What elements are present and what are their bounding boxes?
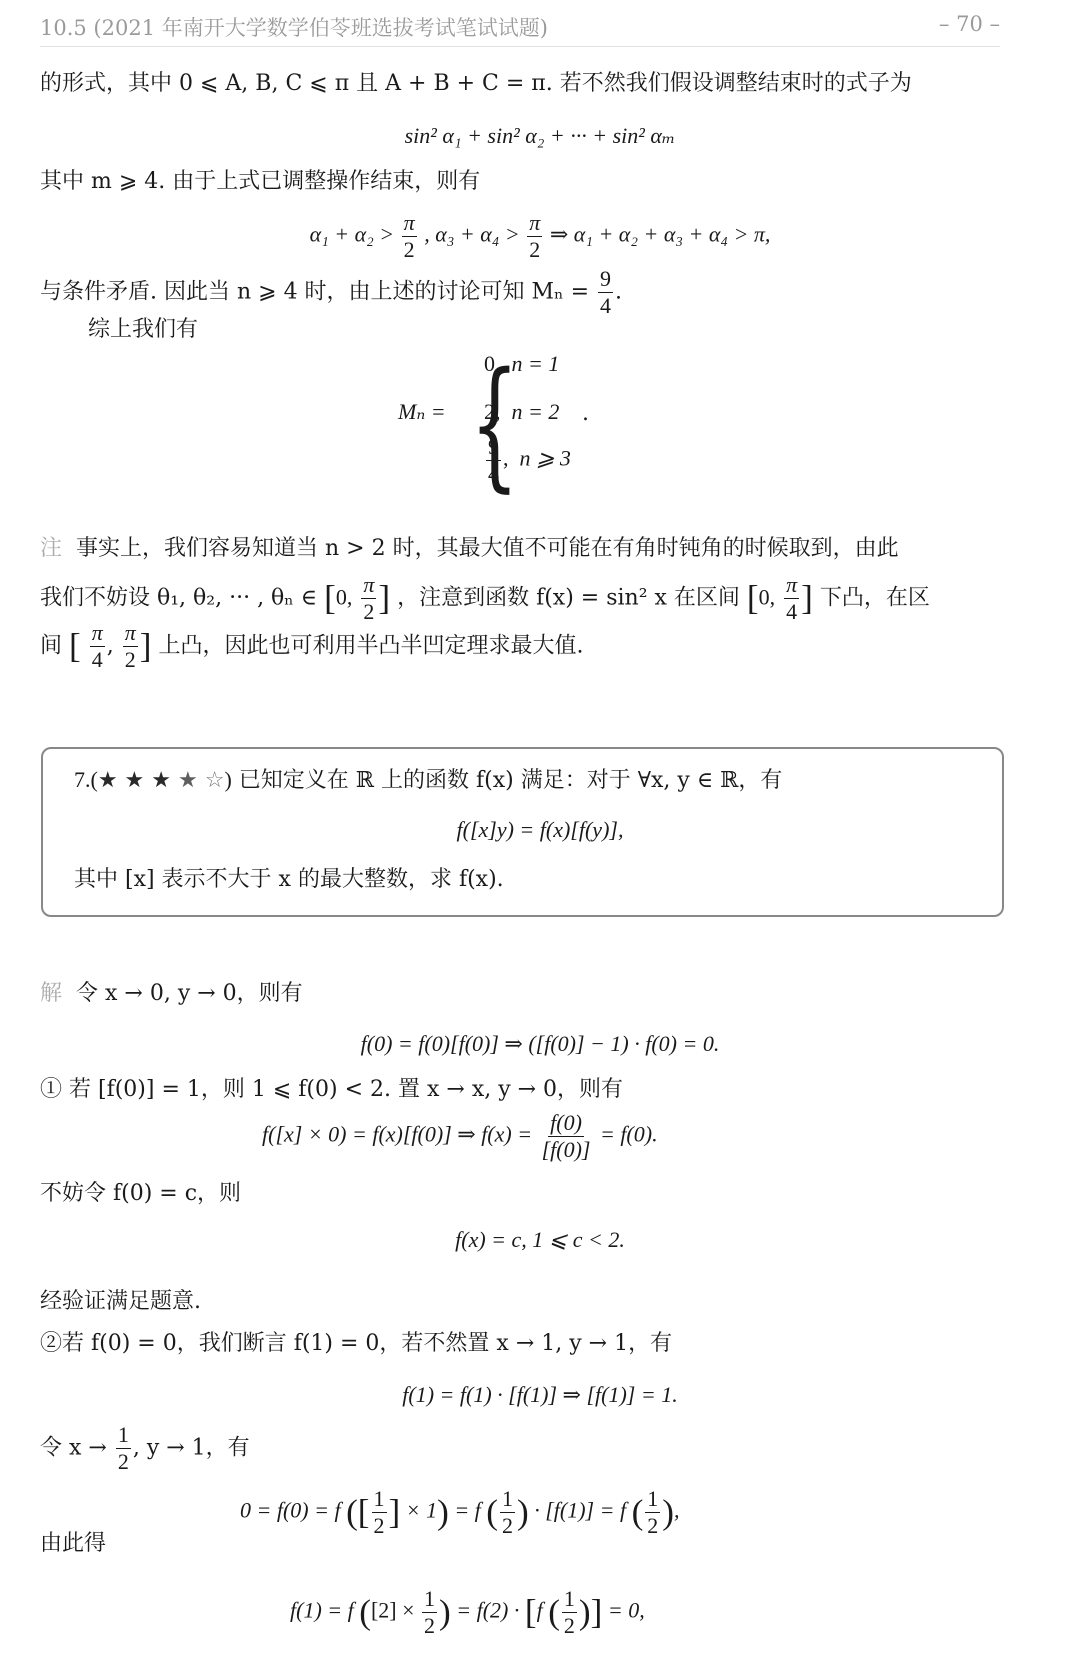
eq2-left: α₁ + α₂ > [310, 222, 395, 247]
problem-statement: 已知定义在 ℝ 上的函数 f(x) 满足：对于 ∀x, y ∈ ℝ，有 [239, 768, 783, 793]
fraction-1-over-2: 12 [500, 1488, 515, 1537]
solution-line-let-half: 令 x → 12, y → 1，有 [40, 1424, 250, 1473]
denominator: 4 [598, 293, 613, 317]
eq2-mid: , α₃ + α₄ > [424, 222, 520, 247]
eq-part: × 1 [406, 1498, 437, 1523]
case-value: 2, [484, 399, 501, 424]
denominator: 2 [361, 599, 376, 623]
eq-part: = f(2) · [456, 1598, 519, 1623]
denominator: 2 [500, 1513, 515, 1537]
denominator: 2 [422, 1613, 437, 1637]
fraction-9-over-4: 94 [486, 436, 501, 485]
denominator: 2 [527, 237, 542, 261]
numerator: 9 [486, 436, 501, 461]
numerator: π [402, 212, 417, 237]
case-row-3: 94, n ⩾ 3 [484, 436, 571, 485]
numerator: 1 [372, 1488, 387, 1513]
eq-part: = 0, [608, 1598, 645, 1623]
denominator: 2 [116, 1449, 131, 1473]
fraction-pi-over-4: π4 [784, 574, 799, 623]
paragraph-4: 综上我们有 [88, 316, 198, 344]
note-text: 间 [40, 634, 62, 659]
numerator: π [123, 622, 138, 647]
problem-number: 7.( [74, 767, 98, 792]
eq-part: f(1) = f [290, 1598, 354, 1623]
numerator: 9 [598, 268, 613, 293]
numerator: f(0) [548, 1112, 584, 1137]
solution-text: 令 x → 0, y → 0，则有 [76, 981, 303, 1006]
star-rating-filled-icon: ★ ★ ★ [98, 768, 171, 793]
solution-case-1: ① 若 [f(0)] = 1，则 1 ⩽ f(0) < 2. 置 x → x, … [40, 1076, 623, 1104]
problem-equation: f([x]y) = f(x)[f(y)], [0, 816, 1080, 844]
denominator: 4 [784, 599, 799, 623]
equation-alpha-inequality: α₁ + α₂ > π2 , α₃ + α₄ > π2 ⇒ α₁ + α₂ + … [0, 212, 1080, 261]
eq-part: f([x] × 0) = f(x)[f(0)] ⇒ f(x) = [262, 1122, 532, 1147]
solution-eq-3: f(x) = c, 1 ⩽ c < 2. [0, 1226, 1080, 1254]
interval-left: 0, [336, 585, 353, 610]
numerator: 1 [116, 1424, 131, 1449]
note-text: 上凸，因此也可利用半凸半凹定理求最大值. [159, 634, 584, 659]
denominator: 4 [486, 461, 501, 485]
running-header: 10.5 (2021 年南开大学数学伯苓班选拔考试笔试试题) [40, 12, 548, 42]
case-row-1: 0, n = 1 [484, 350, 559, 378]
numerator: 1 [562, 1588, 577, 1613]
fraction-9-over-4: 94 [598, 268, 613, 317]
case-condition: n = 1 [512, 351, 560, 376]
numerator: π [90, 622, 105, 647]
fraction-1-over-2: 12 [645, 1488, 660, 1537]
header-rule [40, 46, 1000, 47]
paragraph-1: 的形式，其中 0 ⩽ A, B, C ⩽ π 且 A + B + C = π. … [40, 70, 912, 98]
numerator: 1 [645, 1488, 660, 1513]
numerator: π [784, 574, 799, 599]
solution-line-hence: 由此得 [40, 1530, 106, 1558]
note-label: 注 [40, 536, 62, 561]
fraction-pi-over-2: π2 [123, 622, 138, 671]
solution-eq-2: f([x] × 0) = f(x)[f(0)] ⇒ f(x) = f(0)[f(… [262, 1112, 658, 1161]
star-rating-empty-icon: ☆ [205, 768, 225, 793]
equation-sum-sin: sin² α₁ + sin² α₂ + ··· + sin² αₘ [0, 122, 1080, 150]
solution-label: 解 [40, 981, 62, 1006]
note-text: ，注意到函数 f(x) = sin² x 在区间 [397, 586, 740, 611]
case-condition: n ⩾ 3 [520, 446, 571, 471]
solution-line-1: 解 令 x → 0, y → 0，则有 [40, 980, 303, 1008]
cases-lhs: Mₙ = [398, 398, 446, 426]
problem-line-1: 7.(★ ★ ★ ★ ☆) 已知定义在 ℝ 上的函数 f(x) 满足：对于 ∀x… [74, 766, 782, 795]
numerator: 1 [422, 1588, 437, 1613]
page-number: – 70 – [939, 12, 1000, 36]
star-rating-half-icon: ★ [178, 768, 198, 793]
note-text: 下凸，在区 [820, 586, 930, 611]
problem-number-close: ) [224, 767, 231, 792]
solution-line-let-c: 不妨令 f(0) = c，则 [40, 1180, 241, 1208]
eq-part: = f [454, 1498, 480, 1523]
eq-part: f [537, 1598, 543, 1623]
denominator: 2 [372, 1513, 387, 1537]
fraction-1-over-2: 12 [562, 1588, 577, 1637]
fraction-pi-over-2: π2 [361, 574, 376, 623]
cases-period: . [582, 400, 589, 428]
paragraph-3: 与条件矛盾. 因此当 n ⩾ 4 时，由上述的讨论可知 Mₙ = 94. [40, 268, 622, 317]
solution-eq-4: f(1) = f(1) · [f(1)] ⇒ [f(1)] = 1. [0, 1381, 1080, 1409]
solution-case-2: ②若 f(0) = 0，我们断言 f(1) = 0，若不然置 x → 1, y … [40, 1330, 672, 1358]
eq-part: · [f(1)] = f [534, 1498, 626, 1523]
solution-eq-6: f(1) = f ([2] × 12) = f(2) · [f (12)] = … [290, 1588, 645, 1637]
paragraph-2: 其中 m ⩾ 4. 由于上式已调整操作结束，则有 [40, 168, 480, 196]
solution-eq-5: 0 = f(0) = f ([12] × 1) = f (12) · [f(1)… [240, 1488, 680, 1537]
note-line-3: 间 [ π4, π2] 上凸，因此也可利用半凸半凹定理求最大值. [40, 622, 584, 671]
numerator: π [527, 212, 542, 237]
solution-text: 令 x → [40, 1436, 107, 1461]
fraction-1-over-2: 12 [422, 1588, 437, 1637]
interval-left: 0, [759, 585, 776, 610]
fraction-pi-over-2: π2 [527, 212, 542, 261]
numerator: π [361, 574, 376, 599]
note-text: 事实上，我们容易知道当 n > 2 时，其最大值不可能在有角时钝角的时候取到，由… [76, 536, 899, 561]
note-text: 我们不妨设 θ₁, θ₂, ··· , θₙ ∈ [40, 586, 317, 611]
eq-part: 0 = f(0) = f [240, 1498, 341, 1523]
eq-part: [2] × [371, 1598, 415, 1623]
fraction-1-over-2: 12 [116, 1424, 131, 1473]
denominator: 4 [90, 647, 105, 671]
case-value: 0, [484, 351, 501, 376]
solution-eq-1: f(0) = f(0)[f(0)] ⇒ ([f(0)] − 1) · f(0) … [0, 1030, 1080, 1058]
denominator: 2 [402, 237, 417, 261]
solution-text: , y → 1，有 [133, 1436, 250, 1461]
numerator: 1 [500, 1488, 515, 1513]
case-row-2: 2, n = 2 [484, 398, 559, 426]
denominator: [f(0)] [540, 1137, 593, 1161]
note-line-1: 注 事实上，我们容易知道当 n > 2 时，其最大值不可能在有角时钝角的时候取到… [40, 535, 899, 563]
problem-line-3: 其中 [x] 表示不大于 x 的最大整数，求 f(x). [74, 866, 504, 894]
solution-verified: 经验证满足题意. [40, 1288, 201, 1316]
eq-part: , [674, 1498, 680, 1523]
fraction-pi-over-2: π2 [402, 212, 417, 261]
fraction-f0-over-floor-f0: f(0)[f(0)] [540, 1112, 593, 1161]
denominator: 2 [562, 1613, 577, 1637]
p3-text: 与条件矛盾. 因此当 n ⩾ 4 时，由上述的讨论可知 Mₙ = [40, 280, 589, 305]
eq-part: = f(0). [600, 1122, 658, 1147]
eq2-right: ⇒ α₁ + α₂ + α₃ + α₄ > π, [550, 222, 771, 247]
note-line-2: 我们不妨设 θ₁, θ₂, ··· , θₙ ∈ [0, π2] ，注意到函数 … [40, 574, 930, 623]
fraction-1-over-2: 12 [372, 1488, 387, 1537]
denominator: 2 [123, 647, 138, 671]
fraction-pi-over-4: π4 [90, 622, 105, 671]
denominator: 2 [645, 1513, 660, 1537]
case-condition: n = 2 [512, 399, 560, 424]
